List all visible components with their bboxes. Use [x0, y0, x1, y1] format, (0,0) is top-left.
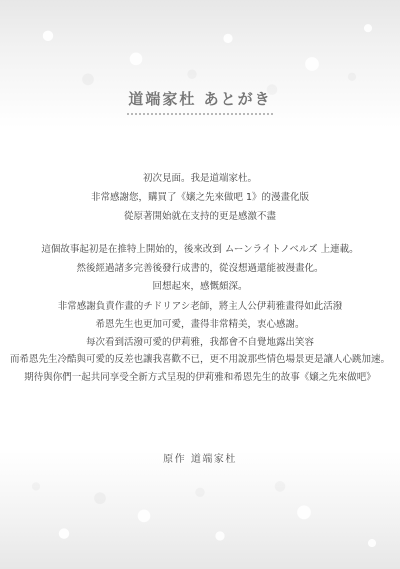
text-line: 從原著開始就在支持的更是感激不盡: [0, 208, 400, 227]
page-title: 道端家杜 あとがき: [0, 88, 400, 109]
text-line: 而希恩先生冷酷與可愛的反差也讓我喜歡不已，更不用說那些情色場景更是讓人心跳加速。: [0, 351, 400, 369]
title-dotted-underline: [127, 113, 273, 115]
text-line: 非常感謝負責作畫的チドリアシ老師，將主人公伊莉雅畫得如此活潑: [0, 298, 400, 316]
text-line: 這個故事起初是在推特上開始的，後來改到 ムーンライトノベルズ 上連載。: [0, 241, 400, 260]
bottom-floral-texture: [0, 451, 400, 569]
original-author-credit: 原作 道端家杜: [0, 450, 400, 465]
text-line: 期待與你們一起共同享受全新方式呈現的伊莉雅和希恩先生的故事《嬢之先來做吧》: [0, 369, 400, 387]
afterword-page: 道端家杜 あとがき 初次見面。我是道端家杜。 非常感謝您，購買了《嬢之先來做吧 …: [0, 0, 400, 569]
text-line: 希恩先生也更加可愛，畫得非常精美，衷心感謝。: [0, 316, 400, 334]
paragraph-history: 這個故事起初是在推特上開始的，後來改到 ムーンライトノベルズ 上連載。 然後經過…: [0, 241, 400, 297]
paragraph-greeting: 初次見面。我是道端家杜。 非常感謝您，購買了《嬢之先來做吧 1》的漫畫化版 從原…: [0, 170, 400, 226]
text-line: 然後經過諸多完善後發行成書的，從沒想過還能被漫畫化。: [0, 260, 400, 279]
text-line: 非常感謝您，購買了《嬢之先來做吧 1》的漫畫化版: [0, 189, 400, 208]
text-line: 每次看到活潑可愛的伊莉雅，我都會不自覺地露出笑容: [0, 334, 400, 352]
paragraph-thanks: 非常感謝負責作畫的チドリアシ老師，將主人公伊莉雅畫得如此活潑 希恩先生也更加可愛…: [0, 298, 400, 387]
text-line: 回想起來，感慨頗深。: [0, 278, 400, 297]
text-line: 初次見面。我是道端家杜。: [0, 170, 400, 189]
